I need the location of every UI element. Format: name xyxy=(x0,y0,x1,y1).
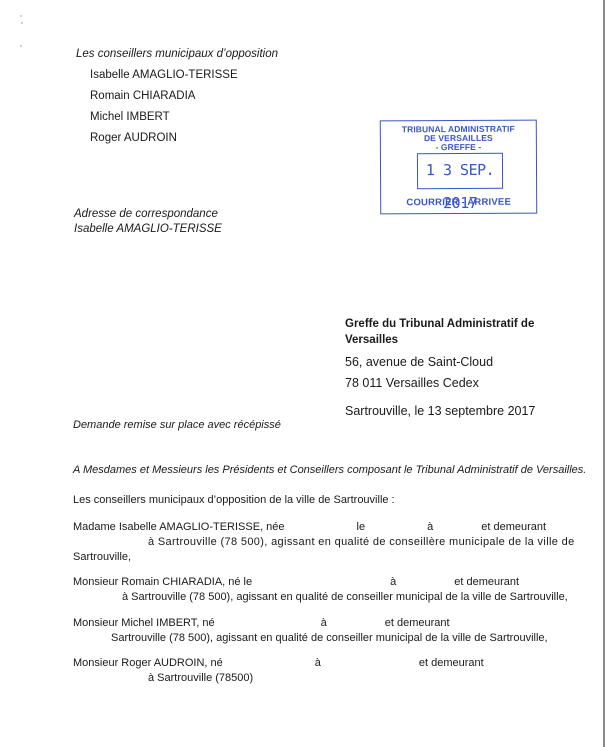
party-1-a: à xyxy=(427,521,433,533)
recipient-name-line-2: Versailles xyxy=(345,334,398,346)
party-4-a: à xyxy=(315,657,321,669)
party-4-line-1: Monsieur Roger AUDROIN, néàet demeurant xyxy=(73,657,533,669)
party-1-demeurant: et demeurant xyxy=(481,521,546,533)
party-4-demeurant: et demeurant xyxy=(419,657,484,669)
sender-member-3: Michel IMBERT xyxy=(90,111,170,123)
recipient-street: 56, avenue de Saint-Cloud xyxy=(345,355,493,369)
salutation: A Mesdames et Messieurs les Présidents e… xyxy=(73,464,586,476)
scan-speck xyxy=(20,45,22,47)
party-4-line-2: à Sartrouville (78500) xyxy=(148,672,253,684)
party-1-name: Madame Isabelle AMAGLIO-TERISSE, née xyxy=(73,521,285,533)
scan-speck xyxy=(20,15,22,17)
recipient-city: 78 011 Versailles Cedex xyxy=(345,376,479,390)
correspondence-name: Isabelle AMAGLIO-TERISSE xyxy=(74,223,222,235)
sender-member-4: Roger AUDROIN xyxy=(90,132,177,144)
party-2-a: à xyxy=(390,576,396,588)
scan-speck xyxy=(21,22,23,24)
party-1-line-3: Sartrouville, xyxy=(73,551,131,563)
party-1-line-2: à Sartrouville (78 500), agissant en qua… xyxy=(148,536,575,548)
party-3-name: Monsieur Michel IMBERT, né xyxy=(73,617,215,629)
party-3-line-1: Monsieur Michel IMBERT, néàet demeurant xyxy=(73,617,533,629)
intro-line: Les conseillers municipaux d’opposition … xyxy=(73,494,395,506)
party-3-demeurant: et demeurant xyxy=(385,617,450,629)
party-2-line-1: Monsieur Romain CHIARADIA, né leàet deme… xyxy=(73,576,533,588)
party-3-a: à xyxy=(321,617,327,629)
party-3-line-2: Sartrouville (78 500), agissant en quali… xyxy=(111,632,548,644)
party-1-le: le xyxy=(357,521,366,533)
party-2-demeurant: et demeurant xyxy=(454,576,519,588)
sender-group-title: Les conseillers municipaux d’opposition xyxy=(76,48,278,60)
sender-member-2: Romain CHIARADIA xyxy=(90,90,195,102)
party-1-line-1: Madame Isabelle AMAGLIO-TERISSE, néeleàe… xyxy=(73,521,533,533)
party-2-name: Monsieur Romain CHIARADIA, né le xyxy=(73,576,252,588)
party-4-name: Monsieur Roger AUDROIN, né xyxy=(73,657,223,669)
sender-member-1: Isabelle AMAGLIO-TERISSE xyxy=(90,69,238,81)
document-page: Les conseillers municipaux d’opposition … xyxy=(0,0,603,747)
recipient-name-line-1: Greffe du Tribunal Administratif de xyxy=(345,318,534,330)
stamp-line-3: - GREFFE - xyxy=(381,143,536,153)
correspondence-label: Adresse de correspondance xyxy=(74,208,218,220)
stamp-footer: COURRIER - ARRIVEE xyxy=(381,197,536,209)
party-2-line-2: à Sartrouville (78 500), agissant en qua… xyxy=(122,591,568,603)
court-received-stamp: TRIBUNAL ADMINISTRATIF DE VERSAILLES - G… xyxy=(380,120,537,215)
stamp-date: 1 3 SEP. 2017 xyxy=(417,153,503,189)
place-and-date: Sartrouville, le 13 septembre 2017 xyxy=(345,404,535,418)
delivery-note: Demande remise sur place avec récépissé xyxy=(73,419,281,431)
